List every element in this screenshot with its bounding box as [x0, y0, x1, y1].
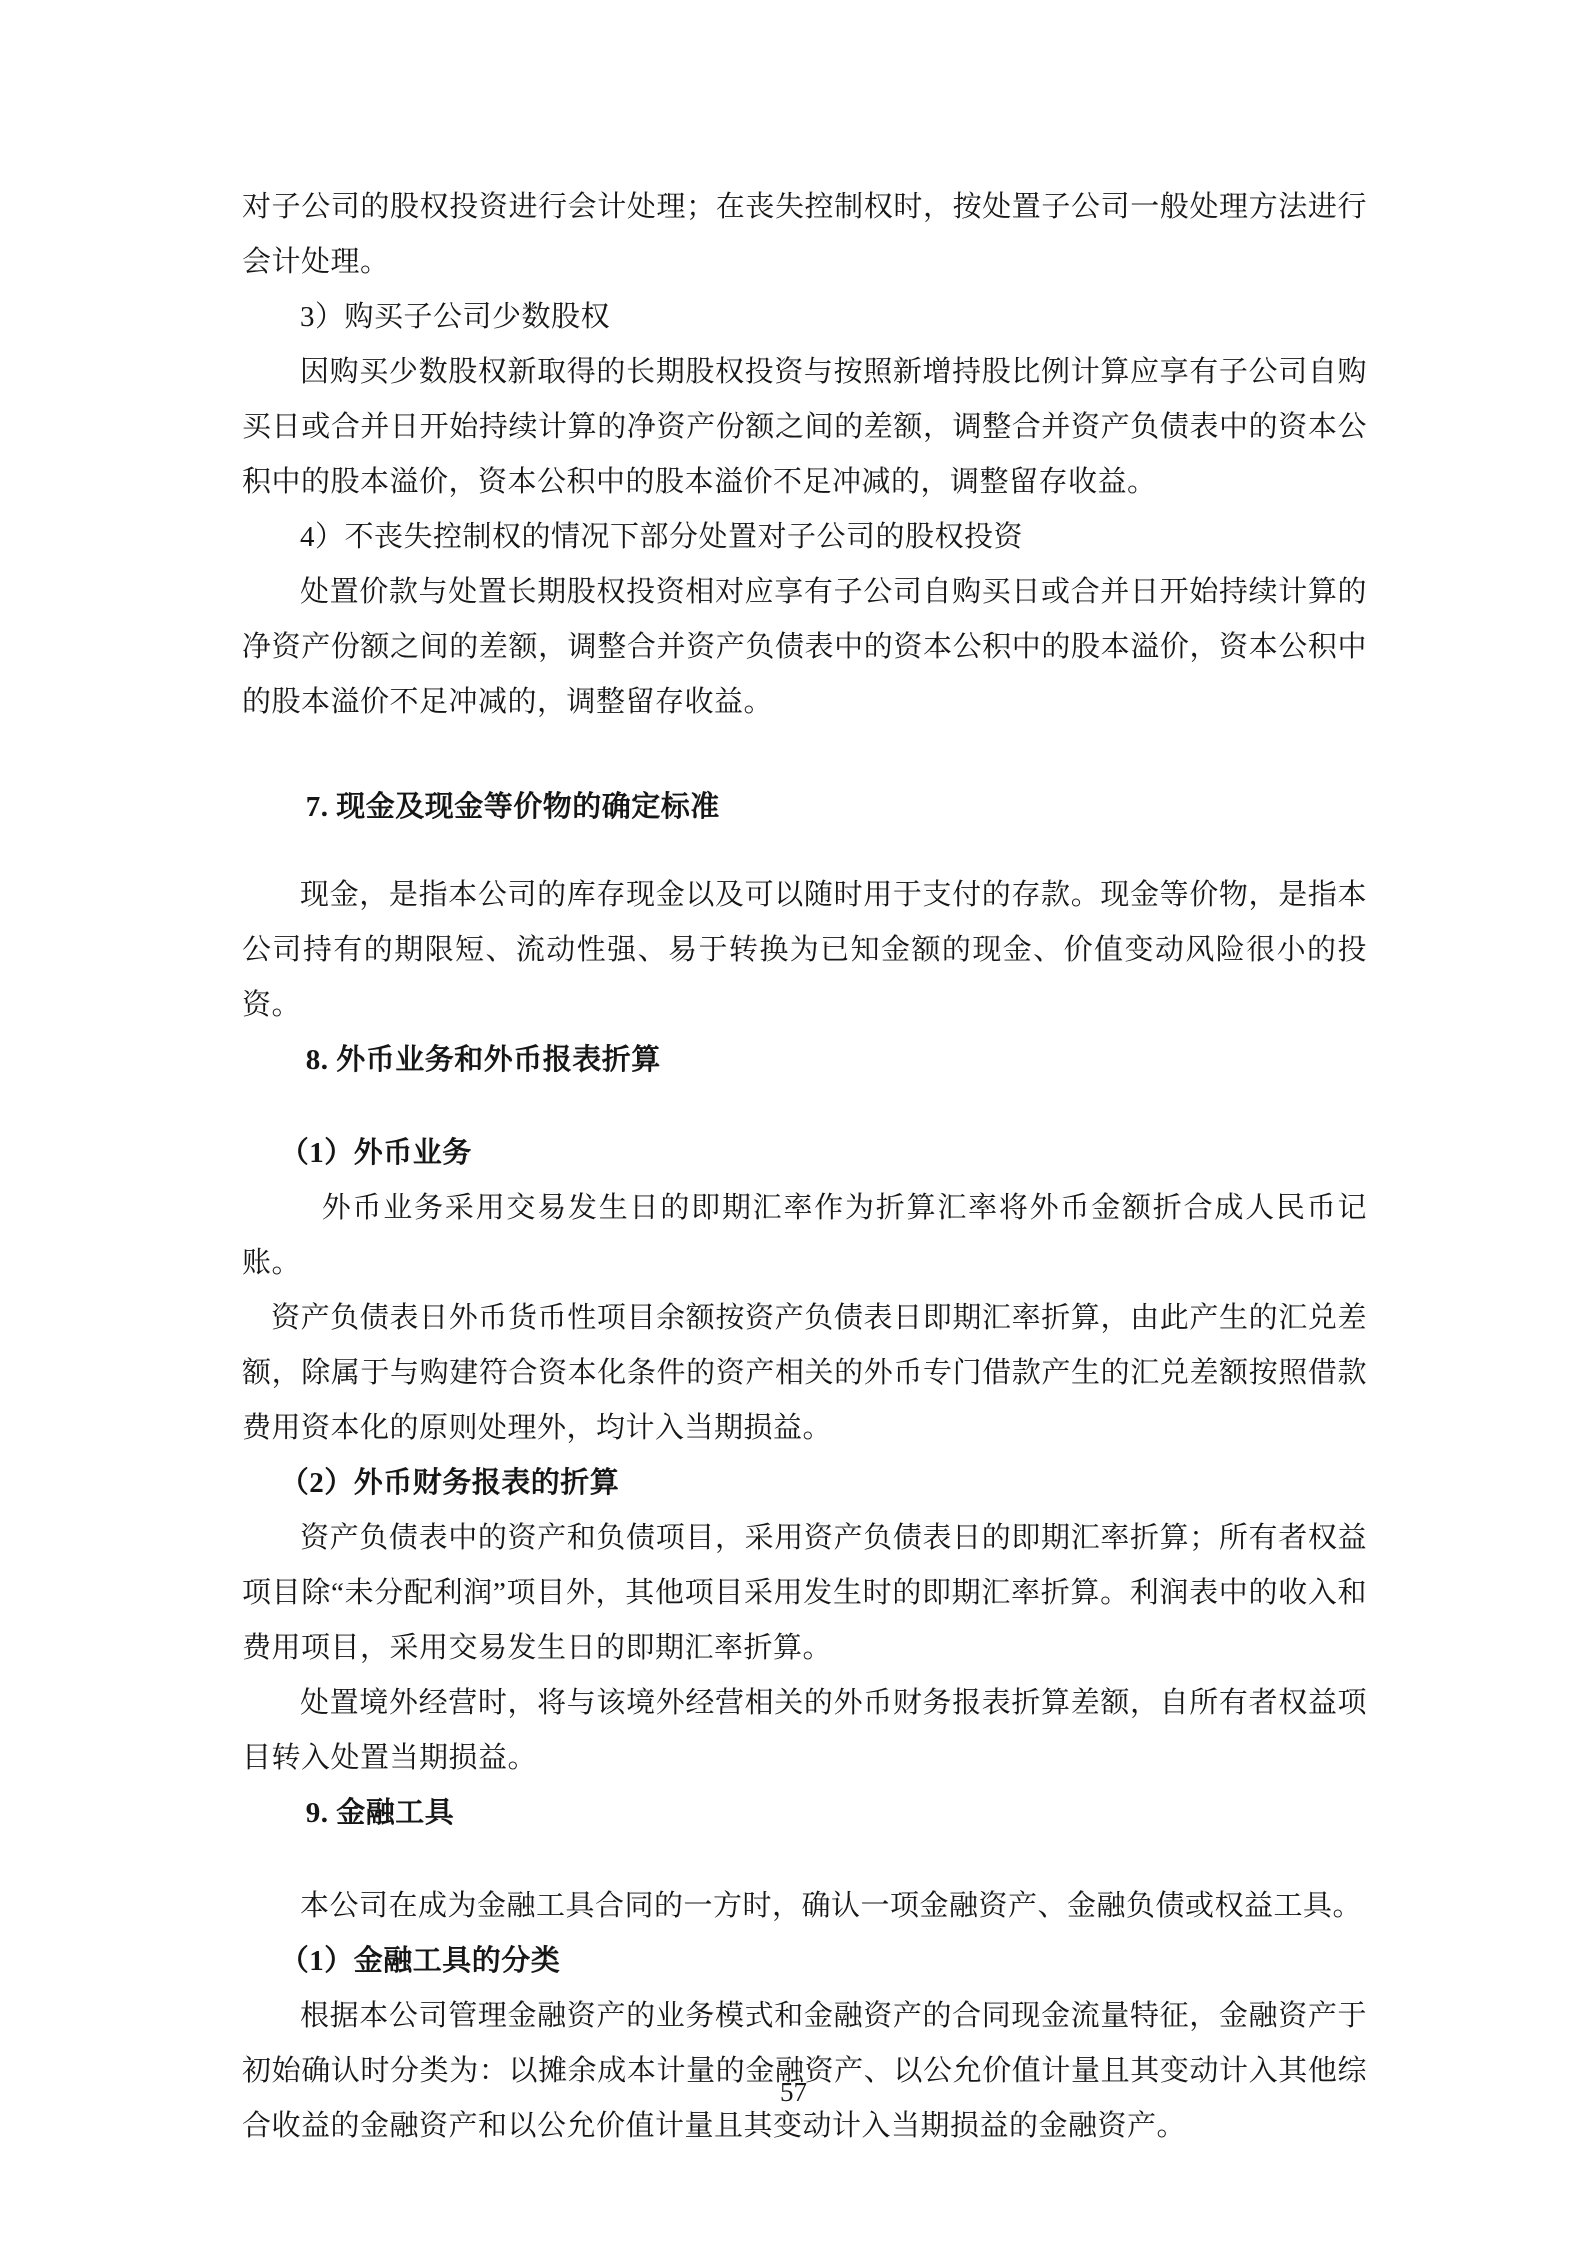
page-content: 对子公司的股权投资进行会计处理；在丧失控制权时，按处置子公司一般处理方法进行会计…: [242, 180, 1367, 2154]
subsection-heading-1-foreign-currency-business: （1）外币业务: [242, 1126, 1367, 1181]
section-heading-7-cash-equivalents: 7. 现金及现金等价物的确定标准: [242, 780, 1367, 835]
page-number: 57: [0, 2072, 1587, 2112]
paragraph-financial-instrument-recognition: 本公司在成为金融工具合同的一方时，确认一项金融资产、金融负债或权益工具。: [242, 1879, 1367, 1934]
paragraph-fx-balance-sheet-date: 资产负债表日外币货币性项目余额按资产负债表日即期汇率折算，由此产生的汇兑差额，除…: [242, 1291, 1367, 1456]
paragraph-fx-spot-rate: 外币业务采用交易发生日的即期汇率作为折算汇率将外币金额折合成人民币记账。: [242, 1181, 1367, 1291]
paragraph-disposal-price-detail: 处置价款与处置长期股权投资相对应享有子公司自购买日或合并日开始持续计算的净资产份…: [242, 565, 1367, 730]
document-page: 对子公司的股权投资进行会计处理；在丧失控制权时，按处置子公司一般处理方法进行会计…: [0, 0, 1587, 2245]
list-item-3-purchase-minority-equity: 3）购买子公司少数股权: [242, 290, 1367, 345]
paragraph-continuation-equity-investment: 对子公司的股权投资进行会计处理；在丧失控制权时，按处置子公司一般处理方法进行会计…: [242, 180, 1367, 290]
paragraph-minority-equity-detail: 因购买少数股权新取得的长期股权投资与按照新增持股比例计算应享有子公司自购买日或合…: [242, 345, 1367, 510]
paragraph-cash-definition: 现金，是指本公司的库存现金以及可以随时用于支付的存款。现金等价物，是指本公司持有…: [242, 868, 1367, 1033]
list-item-4-partial-disposal: 4）不丧失控制权的情况下部分处置对子公司的股权投资: [242, 510, 1367, 565]
subsection-heading-2-fx-statement-translation: （2）外币财务报表的折算: [242, 1456, 1367, 1511]
paragraph-overseas-operation-disposal: 处置境外经营时，将与该境外经营相关的外币财务报表折算差额，自所有者权益项目转入处…: [242, 1676, 1367, 1786]
section-heading-8-foreign-currency: 8. 外币业务和外币报表折算: [242, 1033, 1367, 1088]
section-heading-9-financial-instruments: 9. 金融工具: [242, 1786, 1367, 1841]
subsection-heading-1-financial-instrument-classification: （1）金融工具的分类: [242, 1934, 1367, 1989]
paragraph-fx-translation-rules: 资产负债表中的资产和负债项目，采用资产负债表日的即期汇率折算；所有者权益项目除“…: [242, 1511, 1367, 1676]
